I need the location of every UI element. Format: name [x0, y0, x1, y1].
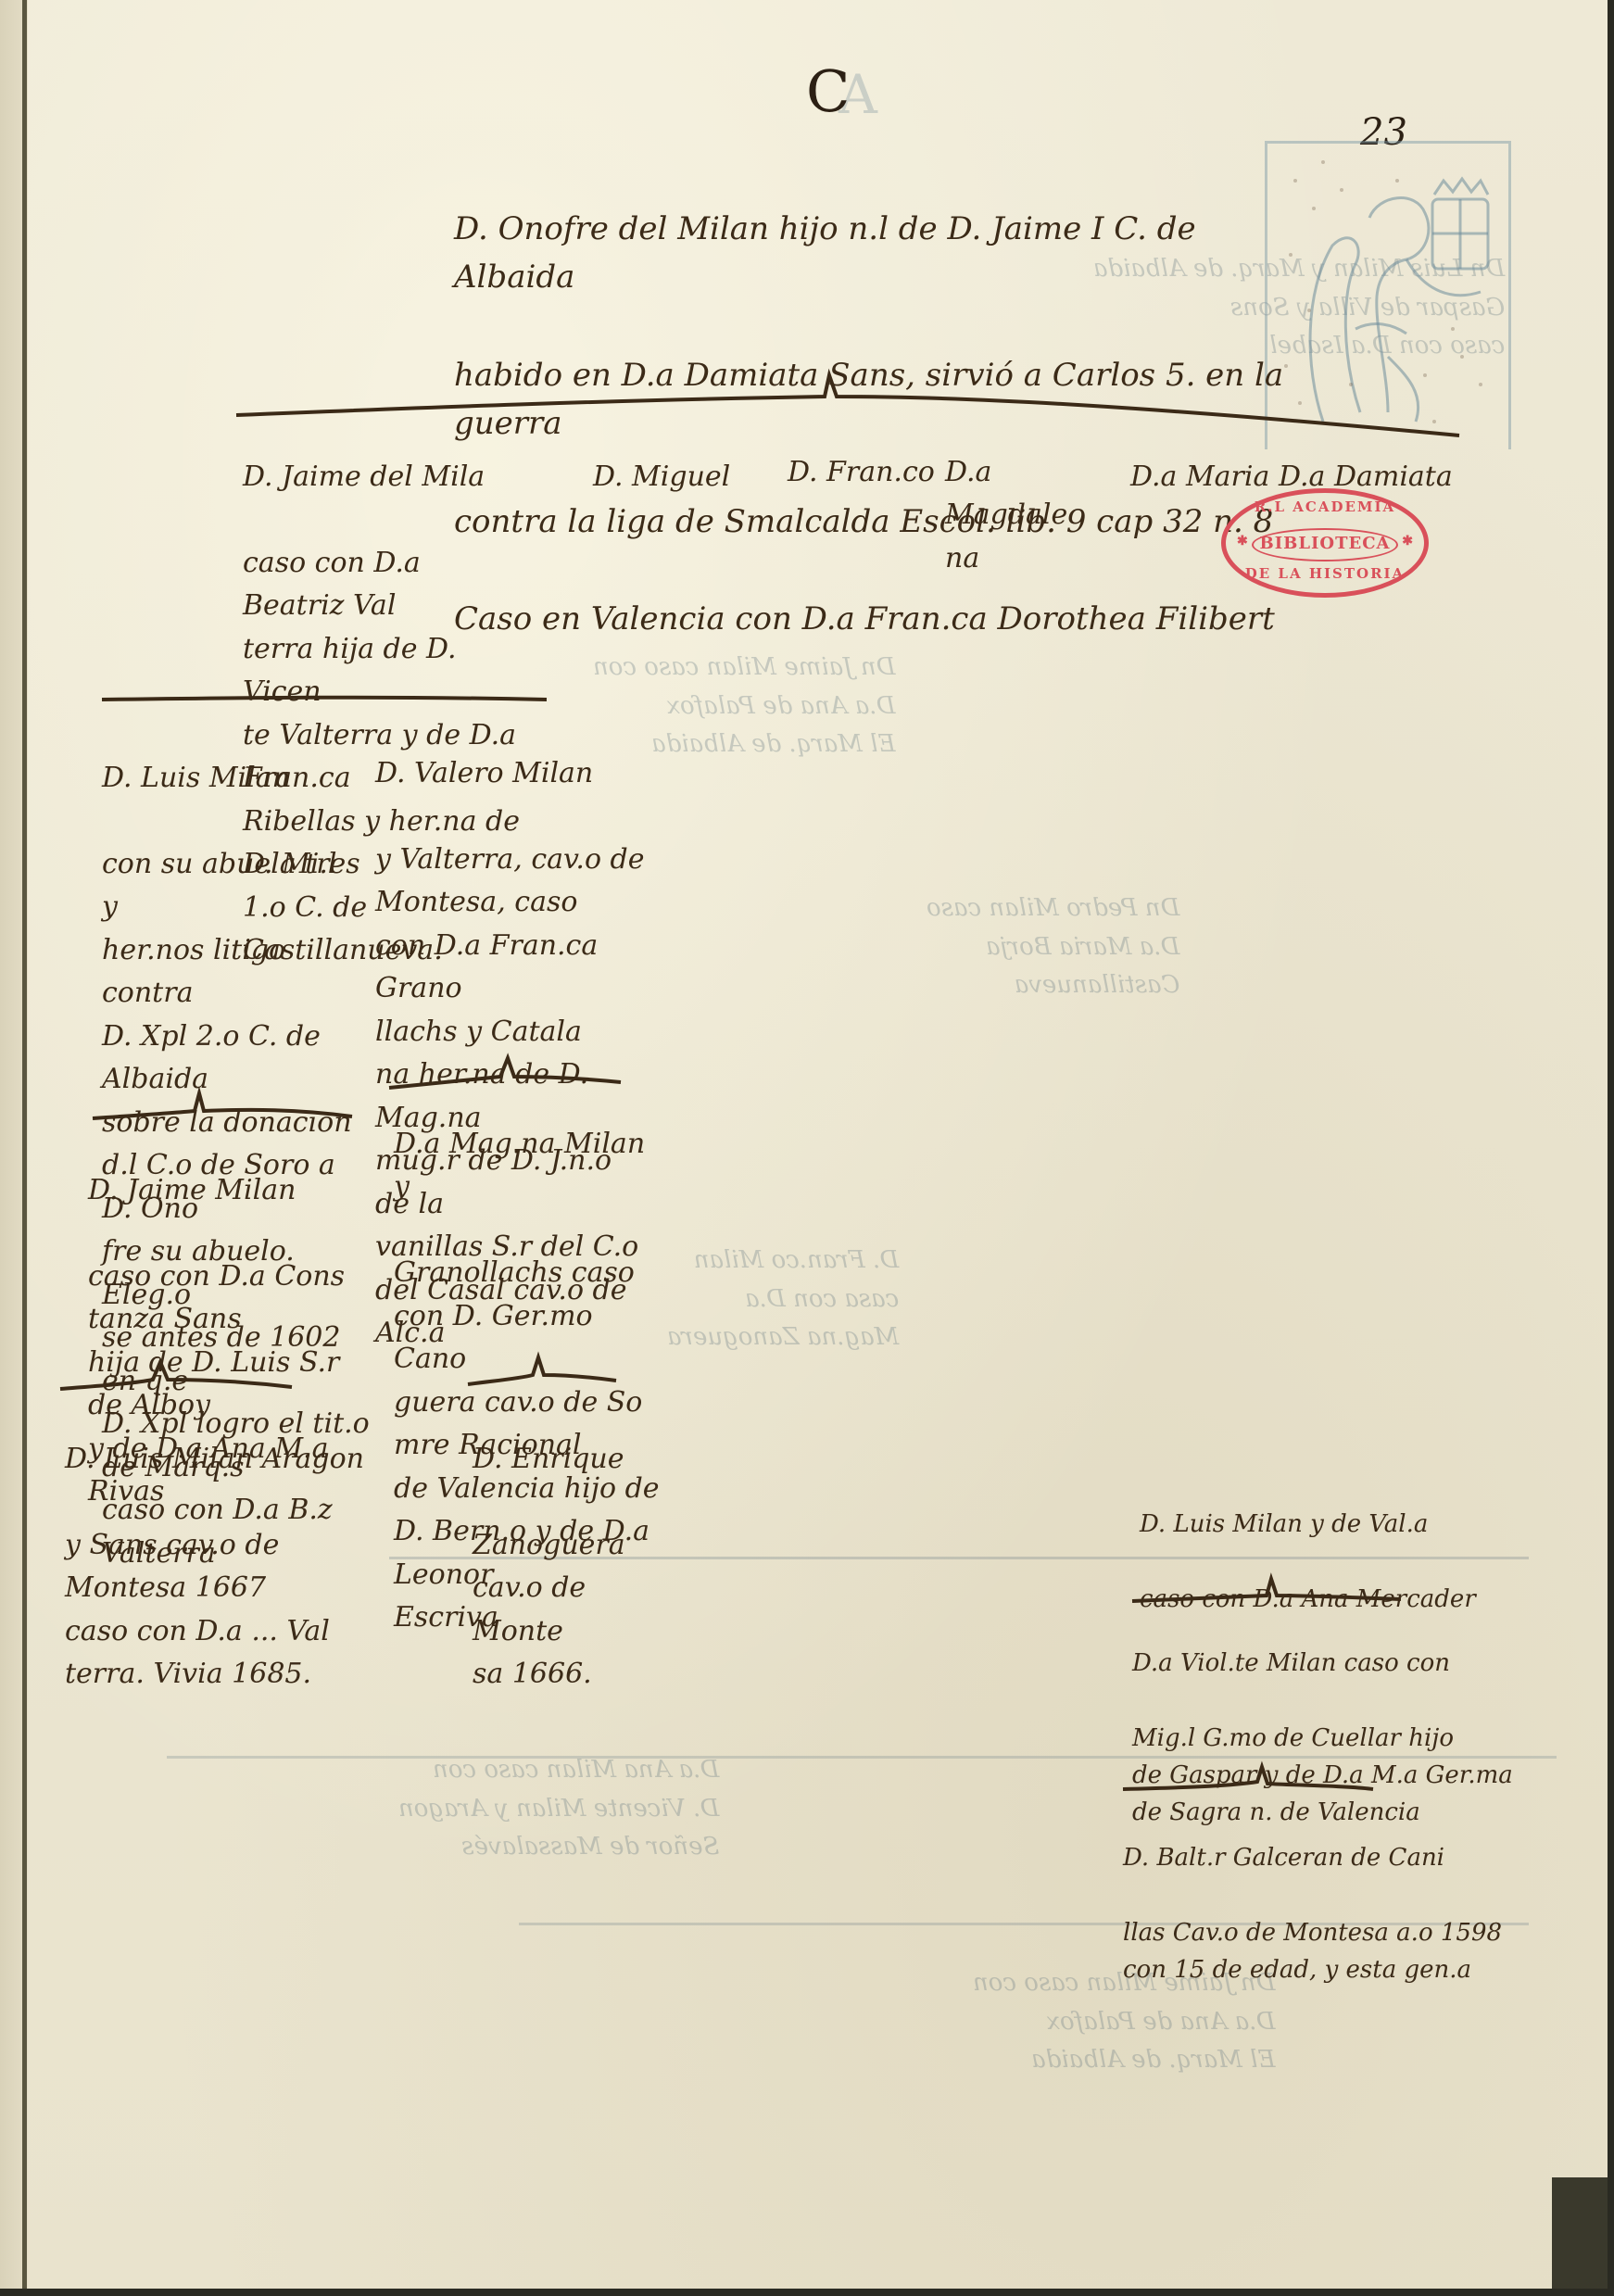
header-line: Caso en Valencia con D.a Fran.ca Dorothe… [454, 595, 1288, 644]
manuscript-page: Dn Luis Milan y Marq. de Albaida Gaspar … [0, 0, 1608, 2289]
child-entry: D. Miguel [593, 412, 730, 542]
star-icon: ✱ [1237, 534, 1248, 549]
page-corner-shadow [1552, 2177, 1608, 2289]
entry-name: D. Luis Milan y de Val.a [1140, 1506, 1529, 1543]
section-letter: C [806, 57, 850, 125]
fourth-gen-details: y Sans cav.o de Montesa 1667 caso con D.… [65, 1524, 398, 1697]
fourth-gen-name: D. Luis Milan Aragon [65, 1438, 398, 1482]
family-bracket [93, 1089, 352, 1126]
bleed-through-text: D. Fran.co Milan casa con D.a Mag.na Zan… [667, 1242, 899, 1357]
binding-stitch-line [22, 0, 27, 2289]
fourth-gen-name: D. Enrique [473, 1438, 658, 1482]
grandchild-name: D. Valero Milan [375, 752, 653, 796]
stamp-top-text: R.L ACADEMIA [1226, 498, 1424, 515]
library-stamp: R.L ACADEMIA ✱ BIBLIOTECA ✱ DE LA HISTOR… [1221, 488, 1429, 598]
bleed-through-text: Dn Pedro Milan caso D.a Maria Borja Cast… [927, 889, 1179, 1005]
child-name: D.a Magdale na [945, 451, 1112, 581]
entry-name: D.a Viol.te Milan caso con [1132, 1645, 1521, 1682]
stamp-center-text: BIBLIOTECA [1252, 528, 1398, 561]
child-name: D.a Maria [1130, 456, 1269, 499]
fourth-gen-details: Zanoguera cav.o de Monte sa 1666. [473, 1524, 658, 1697]
bleed-through-text: D.a Ana Milan caso con D. Vicente Milan … [398, 1751, 719, 1867]
great-grandchild-name: D.a Mag.na Milan y [394, 1123, 662, 1209]
stamp-bottom-text: DE LA HISTORIA [1226, 565, 1424, 582]
fourth-gen-entry: D. Enrique Zanoguera cav.o de Monte sa 1… [473, 1394, 658, 1739]
child-name: D. Miguel [593, 456, 730, 499]
child-name: D. Fran.co [788, 451, 935, 495]
child-entry: D. Fran.co [788, 408, 935, 537]
star-icon: ✱ [1402, 534, 1413, 549]
fourth-gen-entry: D. Luis Milan Aragon y Sans cav.o de Mon… [65, 1394, 398, 1739]
header-line: D. Onofre del Milan hijo n.l de D. Jaime… [454, 205, 1288, 302]
family-bracket [468, 1353, 616, 1390]
grandchild-name: D. Luis Milan [102, 757, 371, 801]
family-bracket [1123, 1765, 1373, 1797]
family-bracket [1132, 1575, 1401, 1607]
entry-name: D. Balt.r Galceran de Cani [1123, 1839, 1531, 1876]
right-column-entry: D. Balt.r Galceran de Cani llas Cav.o de… [1123, 1802, 1531, 2026]
great-grandchild-name: D. Jaime Milan [88, 1169, 366, 1213]
family-bracket [60, 1357, 292, 1394]
child-entry: D.a Magdale na [945, 408, 1112, 624]
child-name: D. Jaime del Mila [243, 456, 521, 499]
entry-details: llas Cav.o de Montesa a.o 1598 con 15 de… [1123, 1914, 1531, 1989]
family-bracket [102, 681, 547, 709]
